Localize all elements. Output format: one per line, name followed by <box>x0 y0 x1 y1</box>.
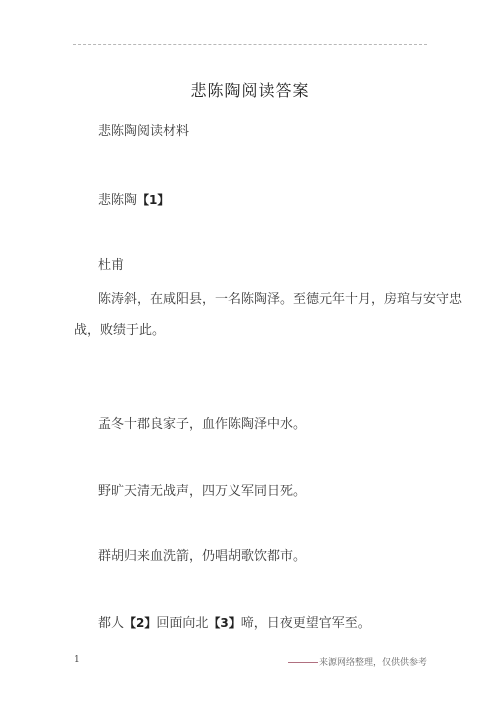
paragraph-preface-line-1: 陈涛斜，在咸阳县，一名陈陶泽。至德元年十月，房琯与安守忠 <box>98 292 462 308</box>
poem-line-4-part-2: 回面向北 <box>156 616 208 631</box>
footnote-ref-2: 【2】 <box>124 616 156 630</box>
poem-line-4: 都人【2】回面向北【3】啼，日夜更望官军至。 <box>98 615 371 632</box>
poem-line-2: 野旷天清无战声，四万义军同日死。 <box>98 484 306 500</box>
footer-source-note: 来源网络整理，仅供供参考 <box>288 655 427 668</box>
page-number: 1 <box>74 655 80 665</box>
poem-line-3: 群胡归来血洗箭，仍唱胡歌饮都市。 <box>98 549 306 565</box>
paragraph-poem-title: 悲陈陶【1】 <box>98 192 169 209</box>
header-dashed-rule <box>73 44 427 45</box>
poem-title-text: 悲陈陶 <box>98 193 137 208</box>
poem-line-1: 孟冬十郡良家子，血作陈陶泽中水。 <box>98 417 306 433</box>
paragraph-author: 杜甫 <box>98 258 124 274</box>
paragraph-material-heading: 悲陈陶阅读材料 <box>98 124 189 140</box>
footer-note-text: 来源网络整理，仅供供参考 <box>319 658 427 668</box>
footer-dash-rule <box>288 662 318 663</box>
footnote-ref-1: 【1】 <box>137 193 169 207</box>
poem-line-4-part-1: 都人 <box>98 616 124 631</box>
paragraph-preface-line-2: 战，败绩于此。 <box>74 323 165 339</box>
document-title: 悲陈陶阅读答案 <box>0 78 500 101</box>
poem-line-4-part-3: 啼，日夜更望官军至。 <box>241 616 371 631</box>
footnote-ref-3: 【3】 <box>208 616 240 630</box>
